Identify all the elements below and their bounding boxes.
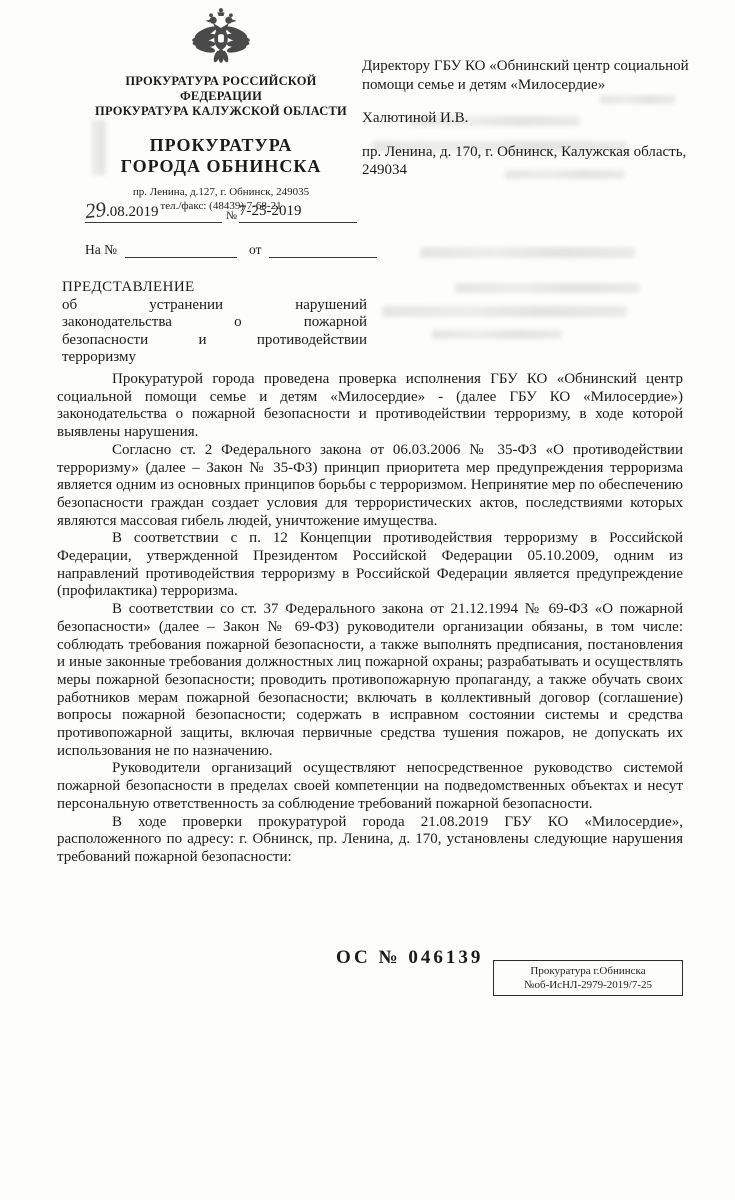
- paragraph-law-69fz-duties: В соответствии со ст. 37 Федерального за…: [57, 601, 683, 760]
- office-name-line1: ПРОКУРАТУРА: [84, 135, 358, 156]
- scan-artifact: [432, 330, 562, 339]
- addressee-name: Халютиной И.В.: [362, 109, 696, 128]
- scan-artifact: [455, 283, 640, 293]
- outgoing-number-field: 7-25-2019: [239, 202, 357, 223]
- org-name-region: ПРОКУРАТУРА КАЛУЖСКОЙ ОБЛАСТИ: [84, 104, 358, 119]
- typed-month-year: .08.2019: [106, 203, 159, 221]
- office-address: пр. Ленина, д.127, г. Обнинск, 249035: [84, 186, 358, 200]
- reply-reference-row: На № от: [85, 242, 377, 258]
- addressee-address: пр. Ленина, д. 170, г. Обнинск, Калужска…: [362, 143, 696, 180]
- scan-artifact: [420, 247, 635, 258]
- document-page: ПРОКУРАТУРА РОССИЙСКОЙ ФЕДЕРАЦИИ ПРОКУРА…: [0, 0, 735, 1200]
- registration-stamp: Прокуратура г.Обнинска №об-ИсНЛ-2979-201…: [493, 960, 683, 996]
- title-line: терроризму: [62, 349, 367, 367]
- paragraph-managers-responsibility: Руководители организаций осуществляют не…: [57, 760, 683, 813]
- reply-number-blank: [125, 243, 237, 258]
- addressee-block: Директору ГБУ КО «Обнинский центр социал…: [362, 57, 696, 180]
- document-title: ПРЕДСТАВЛЕНИЕ об устранении нарушений за…: [62, 279, 367, 367]
- reply-number-label: На №: [85, 242, 117, 258]
- number-sign-label: №: [226, 210, 237, 222]
- title-line: законодательства о пожарной: [62, 314, 367, 332]
- outgoing-date-field: 29 .08.2019: [85, 200, 222, 223]
- scan-artifact: [382, 306, 627, 317]
- title-heading: ПРЕДСТАВЛЕНИЕ: [62, 279, 367, 297]
- paragraph-law-35fz: Согласно ст. 2 Федерального закона от 06…: [57, 442, 683, 531]
- handwritten-day: 29: [84, 199, 107, 222]
- form-serial-number: ОС № 046139: [336, 947, 483, 969]
- title-line: об устранении нарушений: [62, 297, 367, 315]
- coat-of-arms-eagle-icon: [185, 6, 257, 70]
- stamp-office-name: Прокуратура г.Обнинска: [494, 965, 682, 979]
- title-line: безопасности и противодействии: [62, 332, 367, 350]
- outgoing-reference-row: 29 .08.2019 № 7-25-2019: [85, 200, 357, 223]
- org-name-federation: ПРОКУРАТУРА РОССИЙСКОЙ ФЕДЕРАЦИИ: [84, 74, 358, 104]
- reply-date-blank: [269, 243, 377, 258]
- office-name-line2: ГОРОДА ОБНИНСКА: [84, 156, 358, 177]
- document-body: Прокуратурой города проведена проверка и…: [57, 371, 683, 867]
- paragraph-inspection-intro: Прокуратурой города проведена проверка и…: [57, 371, 683, 442]
- reply-date-label: от: [249, 242, 261, 258]
- paragraph-violations-found: В ходе проверки прокуратурой города 21.0…: [57, 814, 683, 867]
- addressee-organization: Директору ГБУ КО «Обнинский центр социал…: [362, 57, 696, 94]
- paragraph-concept-terrorism: В соответствии с п. 12 Концепции противо…: [57, 530, 683, 601]
- stamp-registration-number: №об-ИсНЛ-2979-2019/7-25: [494, 979, 682, 993]
- letterhead: ПРОКУРАТУРА РОССИЙСКОЙ ФЕДЕРАЦИИ ПРОКУРА…: [84, 6, 358, 213]
